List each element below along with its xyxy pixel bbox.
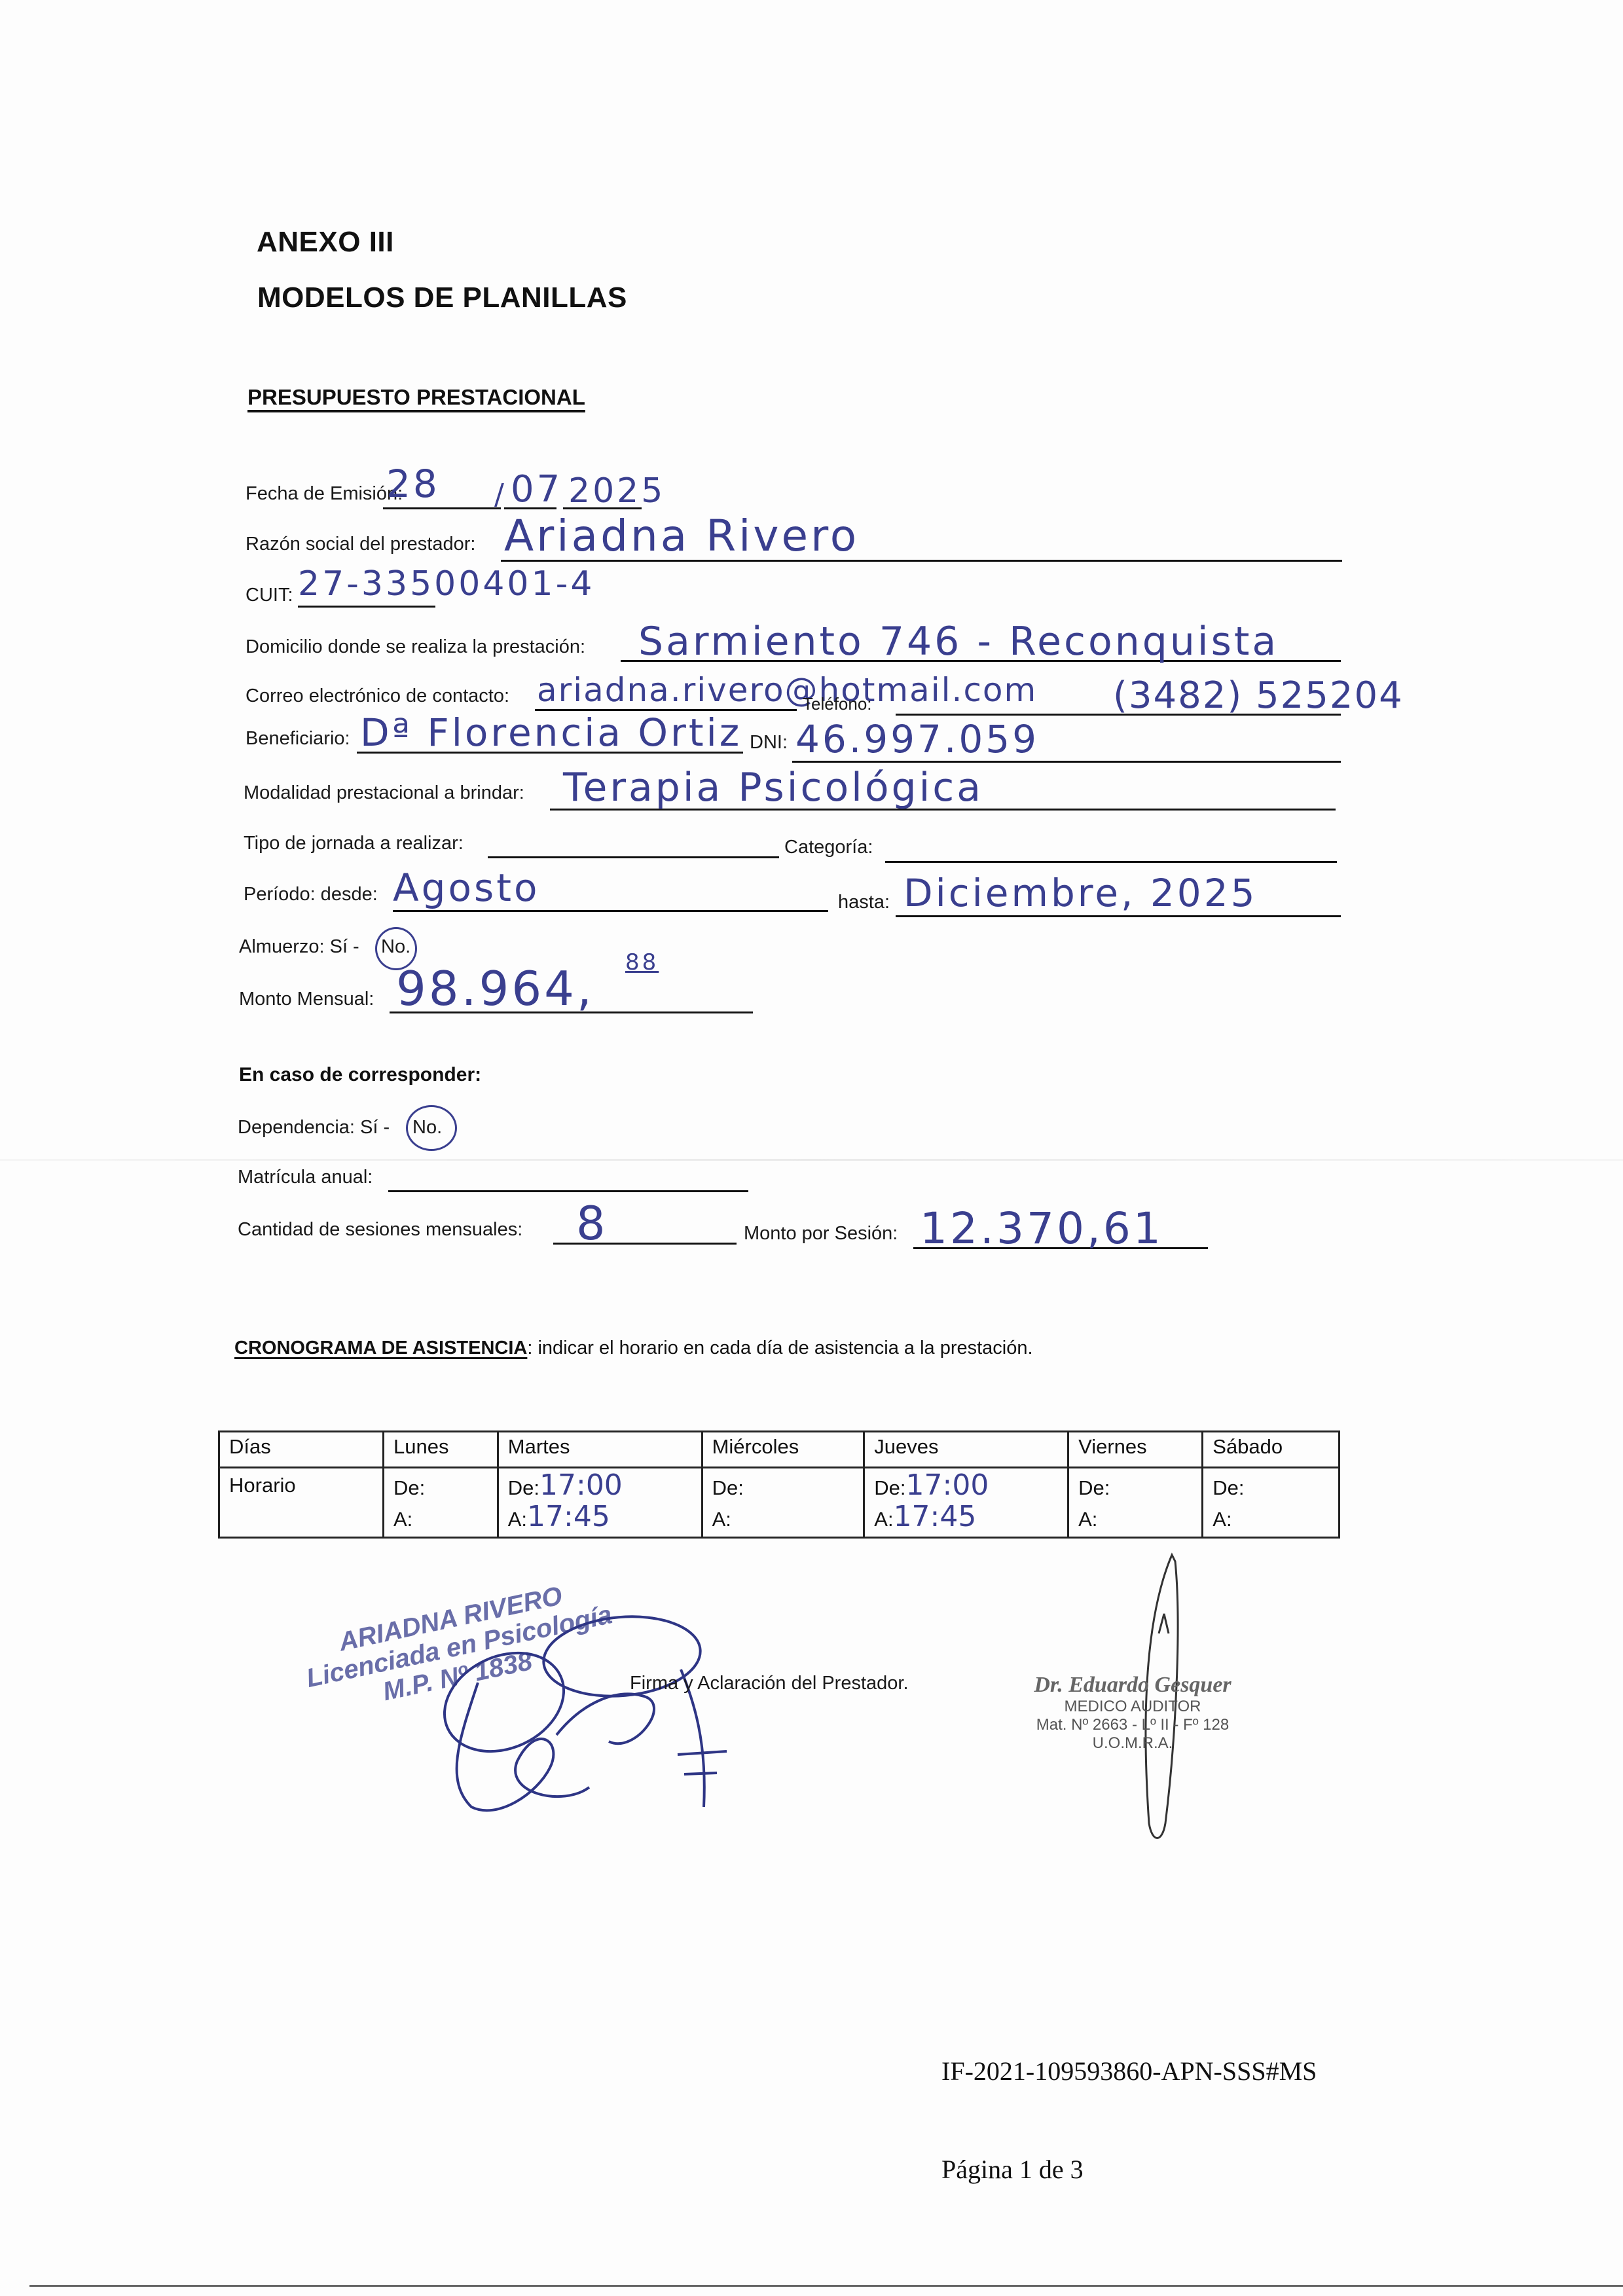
modalidad-label: Modalidad prestacional a brindar: (244, 782, 524, 804)
a-label: A: (1213, 1508, 1231, 1531)
day-header-3: Jueves (864, 1432, 1068, 1468)
day-schedule-cell[interactable]: De:A: (702, 1468, 864, 1538)
day-schedule-cell[interactable]: De:A: (1068, 1468, 1203, 1538)
cronograma-heading-row: CRONOGRAMA DE ASISTENCIA: indicar el hor… (234, 1338, 1033, 1359)
matricula-field[interactable] (388, 1190, 748, 1192)
a-row: A: (712, 1503, 854, 1534)
beneficiario-field[interactable]: Dª Florencia Ortiz (360, 710, 742, 755)
a-label: A: (874, 1508, 893, 1531)
de-time-field[interactable]: 17:00 (539, 1468, 623, 1502)
section-title: PRESUPUESTO PRESTACIONAL (247, 385, 585, 410)
de-row: De:17:00 (508, 1471, 692, 1503)
categoria-label: Categoría: (784, 837, 873, 858)
day-header-0: Lunes (384, 1432, 498, 1468)
razon-social-field[interactable]: Ariadna Rivero (504, 511, 859, 561)
dependencia-selection-circle (406, 1105, 457, 1151)
periodo-hasta-label: hasta: (838, 892, 890, 913)
telefono-field[interactable]: (3482) 525204 (1113, 674, 1404, 717)
de-row: De: (1213, 1471, 1329, 1503)
auditor-matricula: Mat. Nº 2663 - Lº II - Fº 128 (1002, 1716, 1264, 1734)
de-label: De: (1213, 1476, 1244, 1499)
page-number: Página 1 de 3 (941, 2154, 1084, 2185)
periodo-desde-label: Período: desde: (244, 884, 378, 905)
domicilio-field[interactable]: Sarmiento 746 - Reconquista (638, 619, 1279, 665)
sesiones-field[interactable]: 8 (576, 1197, 608, 1250)
day-header-5: Sábado (1203, 1432, 1340, 1468)
fecha-emision-label: Fecha de Emisión: (246, 483, 403, 505)
periodo-hasta-field[interactable]: Diciembre, 2025 (903, 871, 1258, 915)
annex-title: ANEXO III (257, 226, 394, 259)
a-row: A: (1213, 1503, 1329, 1534)
de-label: De: (393, 1476, 425, 1499)
cuit-field[interactable]: 27-33500401-4 (298, 564, 594, 604)
monto-sesion-label: Monto por Sesión: (744, 1223, 898, 1245)
paper-fold-line (0, 1159, 1623, 1161)
monto-mensual-field[interactable]: 98.964, (396, 961, 594, 1016)
de-row: De:17:00 (874, 1471, 1058, 1503)
a-label: A: (508, 1508, 527, 1531)
a-time-field[interactable]: 17:45 (527, 1500, 610, 1533)
corresponder-heading: En caso de corresponder: (239, 1064, 481, 1086)
cuit-label: CUIT: (246, 585, 293, 606)
correo-label: Correo electrónico de contacto: (246, 685, 509, 707)
de-label: De: (1078, 1476, 1110, 1499)
monto-mensual-label: Monto Mensual: (239, 989, 374, 1010)
document-id: IF-2021-109593860-APN-SSS#MS (941, 2056, 1317, 2086)
beneficiario-label: Beneficiario: (246, 728, 350, 750)
signature-caption: Firma y Aclaración del Prestador. (630, 1673, 909, 1694)
almuerzo-label: Almuerzo: Sí - (239, 936, 359, 958)
sesiones-label: Cantidad de sesiones mensuales: (238, 1219, 522, 1241)
cronograma-heading: CRONOGRAMA DE ASISTENCIA (234, 1338, 527, 1358)
auditor-stamp: Dr. Eduardo Gesquer MEDICO AUDITOR Mat. … (1002, 1673, 1264, 1753)
monto-mensual-cents: 88 (625, 949, 659, 975)
fecha-year-field[interactable]: 2025 (568, 471, 665, 511)
dependencia-label: Dependencia: Sí - (238, 1117, 390, 1139)
periodo-desde-field[interactable]: Agosto (393, 866, 539, 910)
day-schedule-cell[interactable]: De:17:00A:17:45 (864, 1468, 1068, 1538)
categoria-field[interactable] (885, 861, 1337, 863)
correo-field[interactable]: ariadna.rivero@hotmail.com (537, 671, 1037, 709)
razon-social-label: Razón social del prestador: (246, 534, 475, 555)
cronograma-instruction: : indicar el horario en cada día de asis… (527, 1338, 1032, 1358)
de-row: De: (393, 1471, 488, 1503)
fecha-day-field[interactable]: 28 (386, 462, 440, 506)
dni-label: DNI: (750, 732, 788, 754)
day-header-1: Martes (498, 1432, 702, 1468)
page-edge (29, 2285, 1623, 2287)
dni-field[interactable]: 46.997.059 (795, 717, 1039, 761)
document-page: ANEXO III MODELOS DE PLANILLAS PRESUPUES… (0, 0, 1623, 2296)
document-title: MODELOS DE PLANILLAS (257, 282, 627, 314)
horario-row-label: Horario (219, 1468, 384, 1538)
provider-signature (419, 1611, 825, 1820)
matricula-label: Matrícula anual: (238, 1167, 373, 1188)
de-label: De: (508, 1476, 539, 1499)
a-row: A:17:45 (874, 1503, 1058, 1534)
auditor-name: Dr. Eduardo Gesquer (1002, 1673, 1264, 1698)
a-label: A: (1078, 1508, 1097, 1531)
monto-sesion-field[interactable]: 12.370,61 (920, 1203, 1163, 1254)
fecha-month-field[interactable]: 07 (511, 468, 562, 511)
a-time-field[interactable]: 17:45 (894, 1500, 977, 1533)
modalidad-field[interactable]: Terapia Psicológica (563, 765, 983, 811)
day-schedule-cell[interactable]: De:A: (384, 1468, 498, 1538)
auditor-org: U.O.M.R.A. (1002, 1734, 1264, 1753)
telefono-label: Teléfono: (803, 694, 872, 714)
de-row: De: (1078, 1471, 1192, 1503)
a-row: A:17:45 (508, 1503, 692, 1534)
a-label: A: (393, 1508, 412, 1531)
de-label: De: (874, 1476, 905, 1499)
day-header-4: Viernes (1068, 1432, 1203, 1468)
days-row-label: Días (219, 1432, 384, 1468)
a-row: A: (393, 1503, 488, 1534)
tipo-jornada-label: Tipo de jornada a realizar: (244, 833, 464, 854)
day-schedule-cell[interactable]: De:17:00A:17:45 (498, 1468, 702, 1538)
de-label: De: (712, 1476, 744, 1499)
a-row: A: (1078, 1503, 1192, 1534)
domicilio-label: Domicilio donde se realiza la prestación… (246, 636, 585, 658)
day-schedule-cell[interactable]: De:A: (1203, 1468, 1340, 1538)
de-row: De: (712, 1471, 854, 1503)
a-label: A: (712, 1508, 731, 1531)
de-time-field[interactable]: 17:00 (906, 1468, 989, 1502)
cronograma-table: Días LunesMartesMiércolesJuevesViernesSá… (218, 1430, 1340, 1539)
day-header-2: Miércoles (702, 1432, 864, 1468)
tipo-jornada-field[interactable] (488, 856, 779, 858)
auditor-role: MEDICO AUDITOR (1002, 1698, 1264, 1716)
